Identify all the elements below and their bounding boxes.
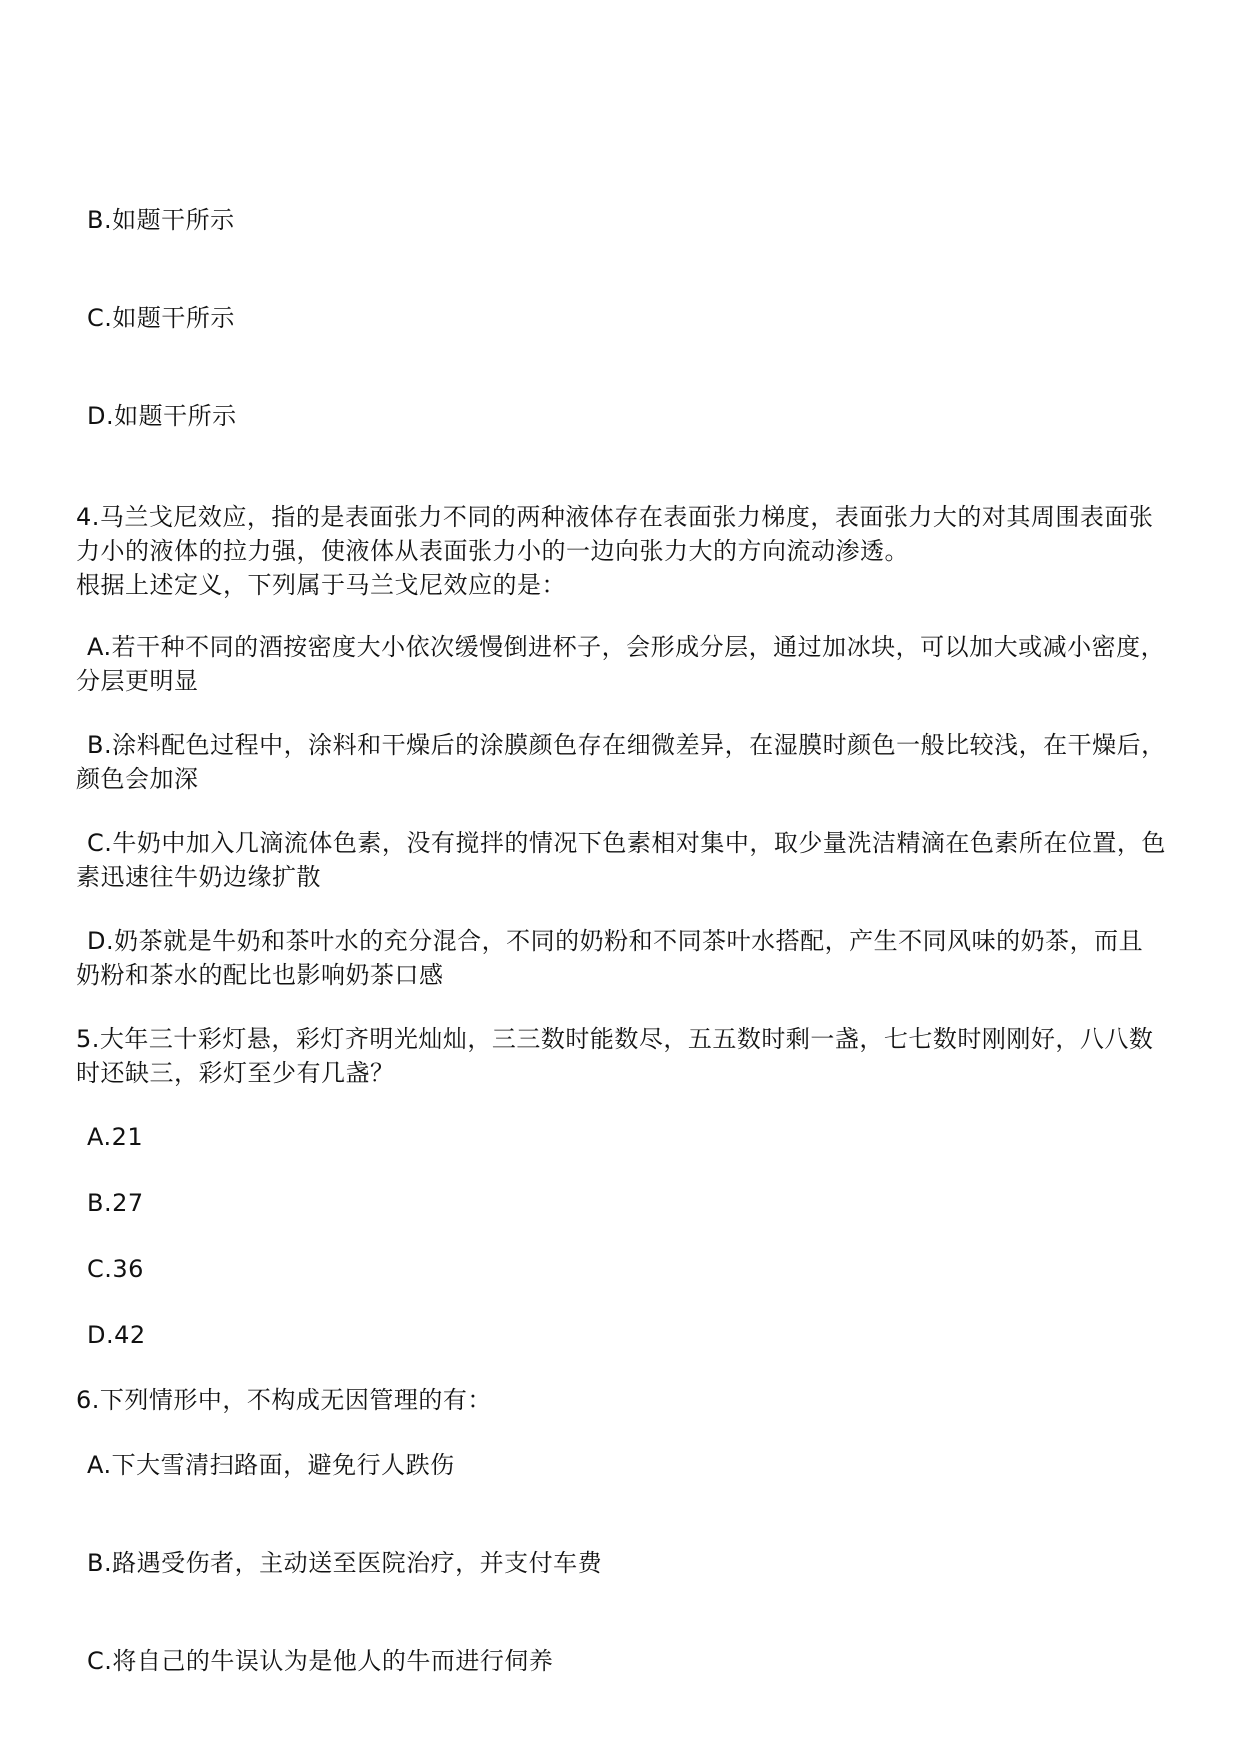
q6-option-a: A.下大雪清扫路面，避免行人跌伤 bbox=[87, 1448, 455, 1482]
q5-stem: 5.大年三十彩灯悬，彩灯齐明光灿灿，三三数时能数尽，五五数时剩一盏，七七数时刚刚… bbox=[76, 1022, 1166, 1090]
q6-stem: 6.下列情形中，不构成无因管理的有： bbox=[76, 1383, 492, 1417]
q4-option-a: A.若干种不同的酒按密度大小依次缓慢倒进杯子，会形成分层，通过加冰块，可以加大或… bbox=[76, 630, 1166, 698]
q3-option-c: C.如题干所示 bbox=[87, 301, 235, 335]
q5-option-b: B.27 bbox=[87, 1186, 144, 1220]
q4-option-b: B.涂料配色过程中，涂料和干燥后的涂膜颜色存在细微差异，在湿膜时颜色一般比较浅，… bbox=[76, 728, 1166, 796]
q5-option-a: A.21 bbox=[87, 1120, 143, 1154]
q5-option-c: C.36 bbox=[87, 1252, 144, 1286]
q5-option-d: D.42 bbox=[87, 1318, 146, 1352]
q4-stem: 4.马兰戈尼效应，指的是表面张力不同的两种液体存在表面张力梯度，表面张力大的对其… bbox=[76, 500, 1166, 568]
q3-option-b: B.如题干所示 bbox=[87, 203, 235, 237]
q3-option-d: D.如题干所示 bbox=[87, 399, 237, 433]
q4-prompt: 根据上述定义，下列属于马兰戈尼效应的是： bbox=[76, 568, 566, 602]
q6-option-b: B.路遇受伤者，主动送至医院治疗，并支付车费 bbox=[87, 1546, 602, 1580]
q4-option-c: C.牛奶中加入几滴流体色素，没有搅拌的情况下色素相对集中，取少量洗洁精滴在色素所… bbox=[76, 826, 1166, 894]
q6-option-c: C.将自己的牛误认为是他人的牛而进行伺养 bbox=[87, 1644, 553, 1678]
q4-option-d: D.奶茶就是牛奶和茶叶水的充分混合，不同的奶粉和不同茶叶水搭配，产生不同风味的奶… bbox=[76, 924, 1166, 992]
